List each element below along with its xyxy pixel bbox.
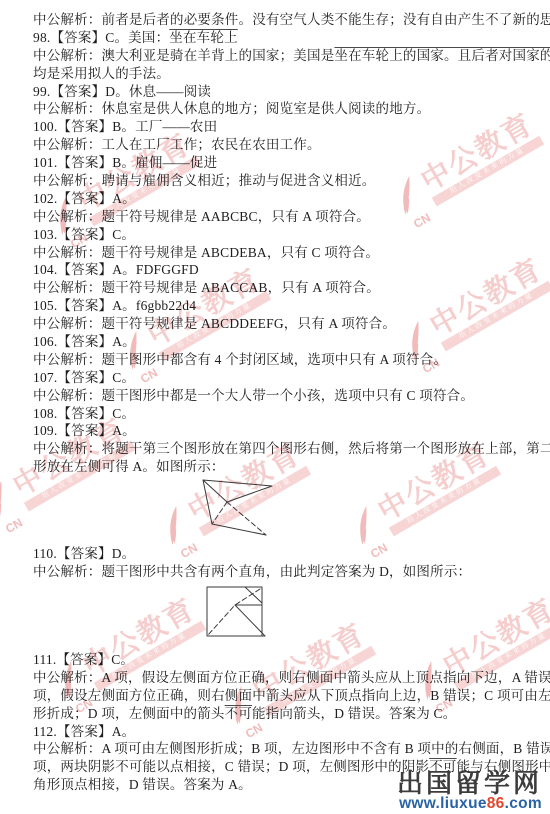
text-segment: 中公解析：题干符号规律是 ABACCAB，只有 A 项符合。 bbox=[33, 280, 380, 295]
text-line: 102.【答案】A。 bbox=[33, 190, 517, 208]
text-segment: 中公解析：题干图形中共含有两个直角，由此判定答案为 D，如图所示： bbox=[33, 564, 471, 579]
scanned-document-page: CN中公教育给人改变未来的力量CN中公教育给人改变未来的力量CN中公教育给人改变… bbox=[0, 0, 550, 814]
text-segment: 项，假设左侧面方位正确，则右侧面中箭头应从下顶点指向上边，B 错误；C 项可由左… bbox=[33, 688, 550, 703]
text-line: 112.【答案】A。 bbox=[33, 723, 517, 741]
text-segment: 中公解析：题干符号规律是 AABCBC，只有 A 项符合。 bbox=[33, 209, 370, 224]
text-line: 111.【答案】C。 bbox=[33, 651, 517, 669]
text-line: 101.【答案】B。雇佣——促进 bbox=[33, 154, 517, 172]
document-text: 中公解析：前者是后者的必要条件。没有空气人类不能生存；没有自由产生不了新的思想。… bbox=[0, 0, 550, 794]
text-line: 中公解析：工人在工厂工作；农民在农田工作。 bbox=[33, 136, 517, 154]
text-segment: 中公解析：澳大利亚是骑在羊背上的国家；美国是 bbox=[33, 48, 334, 63]
text-block: 中公解析：前者是后者的必要条件。没有空气人类不能生存；没有自由产生不了新的思想。… bbox=[0, 0, 550, 476]
text-segment: 107.【答案】C。 bbox=[33, 370, 135, 385]
text-segment: 中公解析：将题干第三个图形放在第四个图形右侧，然后将第一个图形放在上部，第二个图 bbox=[33, 441, 550, 456]
text-block: 110.【答案】D。中公解析：题干图形中共含有两个直角，由此判定答案为 D，如图… bbox=[0, 545, 550, 581]
text-segment: 形折成；D 项，左侧面中的箭头 bbox=[33, 706, 225, 721]
text-line: 中公解析：A 项可由左侧图形折成；B 项，左边图形中不含有 B 项中的右侧面，B… bbox=[33, 740, 517, 758]
text-line: 中公解析：题干图形中都是一个大人带一个小孩，选项中只有 C 项符合。 bbox=[33, 387, 517, 405]
text-segment: 103.【答案】C。 bbox=[33, 227, 135, 242]
text-segment: 104.【答案】A。FDFGGFD bbox=[33, 262, 199, 277]
text-segment: 均是采用拟人的手法。 bbox=[33, 66, 170, 81]
text-line: 中公解析：聘请与雇佣含义相近；推动与促进含义相近。 bbox=[33, 172, 517, 190]
text-line: 均是采用拟人的手法。 bbox=[33, 65, 517, 83]
overlined-text-segment: 坐在车轮上的国家。且后者对国家的描述 bbox=[334, 48, 550, 63]
text-line: 105.【答案】A。f6gbb22d4 bbox=[33, 297, 517, 315]
text-line: 中公解析：将题干第三个图形放在第四个图形右侧，然后将第一个图形放在上部，第二个图 bbox=[33, 440, 517, 458]
text-segment: 中公解析：A 项，假设左侧面方位正确，则右侧面中箭头应从上顶点指向下边，A 错误… bbox=[33, 670, 550, 685]
text-segment: 形放在左侧可得 A。如图所示： bbox=[33, 459, 225, 474]
overlined-text-segment: 不可 bbox=[225, 706, 252, 721]
text-segment: 102.【答案】A。 bbox=[33, 191, 136, 206]
text-line: 104.【答案】A。FDFGGFD bbox=[33, 261, 517, 279]
text-segment: 能指向箭头，D 错误。答案为 C。 bbox=[252, 706, 456, 721]
text-line: 中公解析：澳大利亚是骑在羊背上的国家；美国是坐在车轮上的国家。且后者对国家的描述 bbox=[33, 47, 517, 65]
text-segment: 中公解析：题干符号规律是 ABCDDEEFG，只有 A 项符合。 bbox=[33, 316, 396, 331]
text-segment: 中公解析：题干图形中都是一个大人带一个小孩，选项中只有 C 项符合。 bbox=[33, 388, 474, 403]
site-url: www.liuxue86.com bbox=[397, 796, 542, 812]
square-triangle-drawing bbox=[205, 583, 269, 641]
answer-figure-109 bbox=[0, 477, 550, 545]
text-line: 形折成；D 项，左侧面中的箭头不可能指向箭头，D 错误。答案为 C。 bbox=[33, 705, 517, 723]
text-segment: 101.【答案】B。雇佣——促进 bbox=[33, 155, 217, 170]
text-line: 100.【答案】B。工厂——农田 bbox=[33, 118, 517, 136]
site-url-number: 86 bbox=[487, 795, 505, 812]
text-line: 项，假设左侧面方位正确，则右侧面中箭头应从下顶点指向上边，B 错误；C 项可由左… bbox=[33, 687, 517, 705]
site-name: 出国留学网 bbox=[397, 770, 542, 796]
text-segment: 98.【答案】C。美国： bbox=[33, 30, 169, 45]
dart-shape-drawing bbox=[192, 477, 304, 541]
text-segment: 中公解析：聘请与雇佣含义相近；推动与促进含义相近。 bbox=[33, 173, 376, 188]
text-line: 110.【答案】D。 bbox=[33, 545, 517, 563]
text-segment: 112.【答案】A。 bbox=[33, 724, 135, 739]
text-segment: 中公解析：前者是后者的必要条件。没有空气人类不能生存；没有自由产生不了新的思想。 bbox=[33, 12, 550, 27]
overlined-text-segment: 坐在车轮上 bbox=[169, 30, 238, 45]
text-segment: 99.【答案】D。休息——阅读 bbox=[33, 84, 211, 99]
text-line: 中公解析：前者是后者的必要条件。没有空气人类不能生存；没有自由产生不了新的思想。 bbox=[33, 11, 517, 29]
text-line: 中公解析：题干符号规律是 ABCDDEEFG，只有 A 项符合。 bbox=[33, 315, 517, 333]
text-segment: 中公解析：休息室是供人休息的地方；阅览室是供人阅读的地方。 bbox=[33, 101, 430, 116]
text-line: 106.【答案】A。 bbox=[33, 333, 517, 351]
text-line: 中公解析：题干图形中都含有 4 个封闭区域，选项中只有 A 项符合。 bbox=[33, 351, 517, 369]
site-url-suffix: .com bbox=[505, 795, 542, 812]
text-segment: 111.【答案】C。 bbox=[33, 652, 134, 667]
text-line: 98.【答案】C。美国：坐在车轮上 bbox=[33, 29, 517, 47]
text-segment: 中公解析：工人在工厂工作；农民在农田工作。 bbox=[33, 137, 321, 152]
text-line: 中公解析：A 项，假设左侧面方位正确，则右侧面中箭头应从上顶点指向下边，A 错误… bbox=[33, 669, 517, 687]
text-segment: 中公解析：题干符号规律是 ABCDEBA，只有 C 项符合。 bbox=[33, 245, 379, 260]
text-segment: 中公解析：题干图形中都含有 4 个封闭区域，选项中只有 A 项符合。 bbox=[33, 352, 447, 367]
text-line: 中公解析：休息室是供人休息的地方；阅览室是供人阅读的地方。 bbox=[33, 100, 517, 118]
text-line: 108.【答案】C。 bbox=[33, 405, 517, 423]
text-line: 中公解析：题干符号规律是 ABACCAB，只有 A 项符合。 bbox=[33, 279, 517, 297]
text-segment: 108.【答案】C。 bbox=[33, 406, 135, 421]
text-segment: 项，两块阴影不可能以点相接，C 错误；D 项，左侧图形中的阴影 bbox=[33, 759, 429, 774]
text-line: 109.【答案】A。 bbox=[33, 422, 517, 440]
text-segment: 109.【答案】A。 bbox=[33, 423, 136, 438]
text-segment: 角形顶点相接，D 错误。答案为 A。 bbox=[33, 777, 252, 792]
text-line: 107.【答案】C。 bbox=[33, 369, 517, 387]
text-segment: 100.【答案】B。工厂——农田 bbox=[33, 119, 217, 134]
text-segment: 中公解析：A 项可由左侧图形折成；B 项，左边图形中不含有 B 项中的右侧面，B… bbox=[33, 741, 550, 756]
site-url-prefix: www.liuxue bbox=[399, 795, 487, 812]
text-line: 中公解析：题干图形中共含有两个直角，由此判定答案为 D，如图所示： bbox=[33, 563, 517, 581]
text-line: 中公解析：题干符号规律是 ABCDEBA，只有 C 项符合。 bbox=[33, 244, 517, 262]
answer-figure-110 bbox=[0, 583, 550, 651]
text-line: 形放在左侧可得 A。如图所示： bbox=[33, 458, 517, 476]
footer-logo: 出国留学网 www.liuxue86.com bbox=[397, 770, 542, 812]
text-line: 99.【答案】D。休息——阅读 bbox=[33, 83, 517, 101]
text-line: 103.【答案】C。 bbox=[33, 226, 517, 244]
text-line: 中公解析：题干符号规律是 AABCBC，只有 A 项符合。 bbox=[33, 208, 517, 226]
text-segment: 106.【答案】A。 bbox=[33, 334, 136, 349]
text-segment: 105.【答案】A。f6gbb22d4 bbox=[33, 298, 196, 313]
text-segment: 110.【答案】D。 bbox=[33, 546, 135, 561]
